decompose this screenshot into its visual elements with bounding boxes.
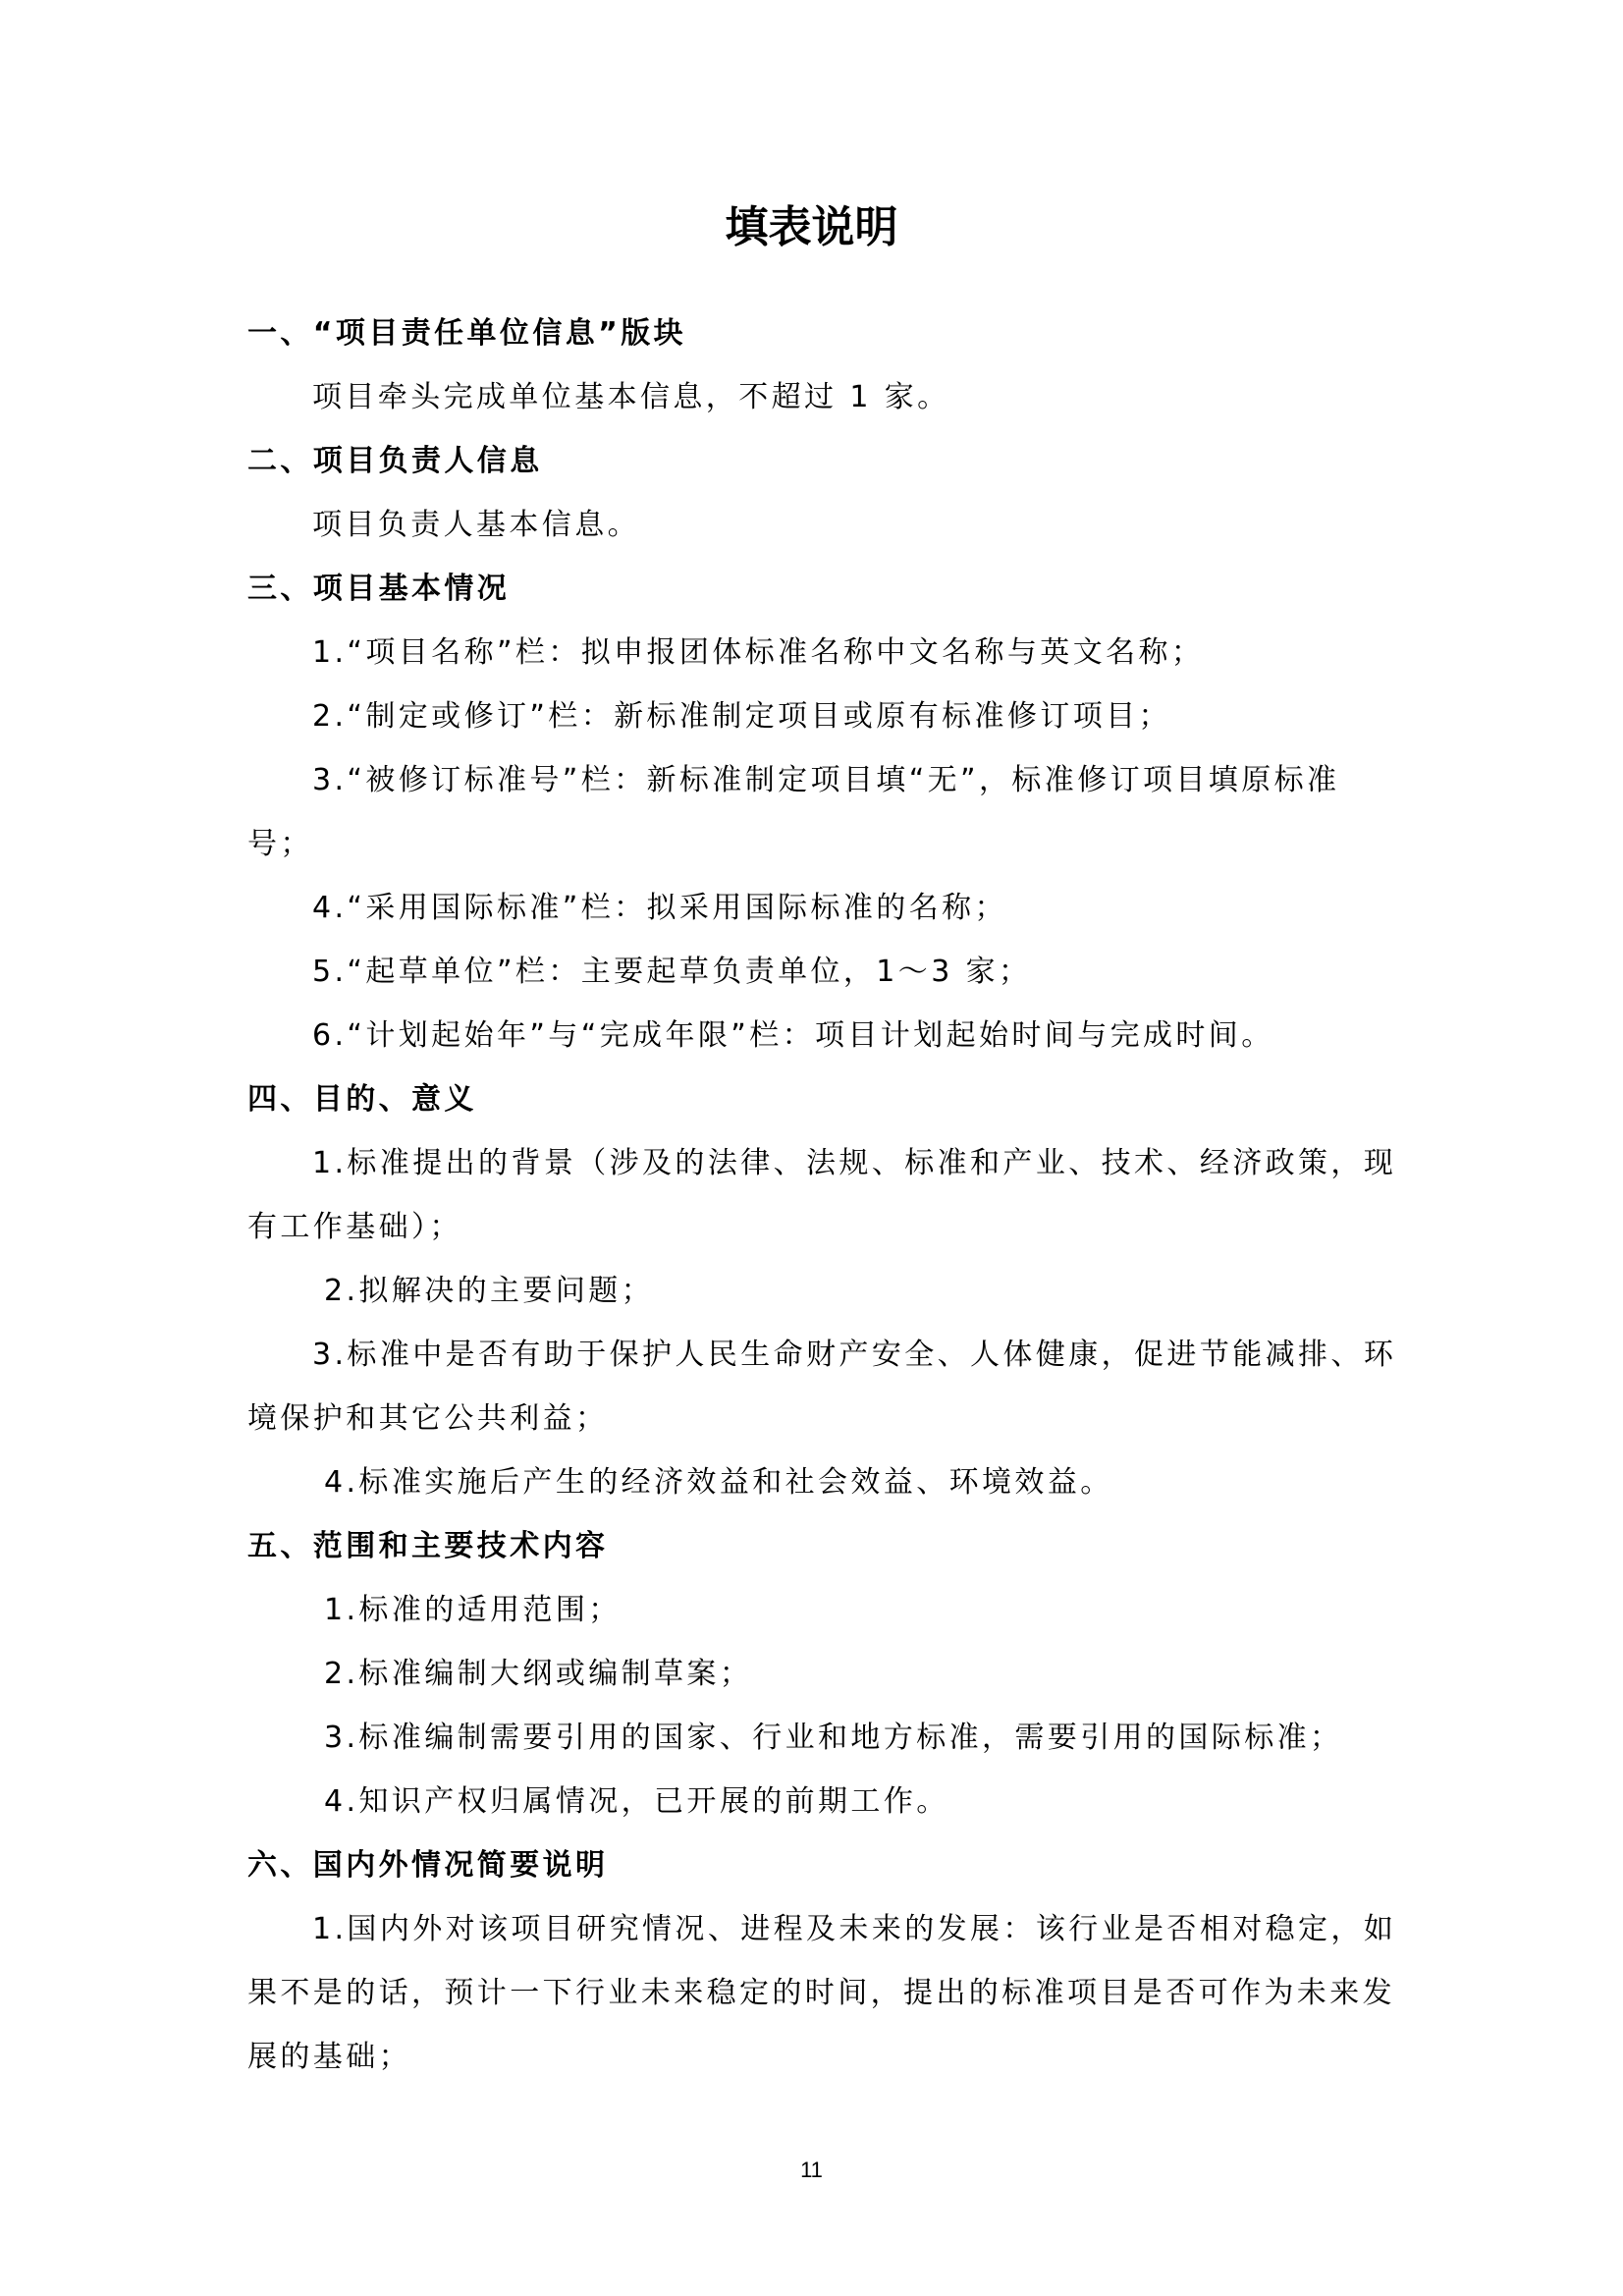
document-page: 填表说明 一、“项目责任单位信息”版块 项目牵头完成单位基本信息，不超过 1 家… — [0, 0, 1623, 2296]
paragraph-line: 1.“项目名称”栏：拟申报团体标准名称中文名称与英文名称； — [312, 633, 1451, 673]
paragraph-line: 项目牵头完成单位基本信息，不超过 1 家。 — [312, 378, 1451, 417]
section-heading-2: 二、项目负责人信息 — [247, 442, 1386, 481]
paragraph-line: 4.知识产权归属情况，已开展的前期工作。 — [324, 1782, 1463, 1822]
section-heading-3: 三、项目基本情况 — [247, 570, 1386, 609]
paragraph-line: 1.国内外对该项目研究情况、进程及未来的发展：该行业是否相对稳定，如 — [312, 1910, 1451, 1949]
paragraph-line: 5.“起草单位”栏：主要起草负责单位，1～3 家； — [312, 953, 1451, 992]
paragraph-line: 3.标准编制需要引用的国家、行业和地方标准，需要引用的国际标准； — [324, 1719, 1463, 1758]
paragraph-line: 项目负责人基本信息。 — [312, 506, 1451, 545]
paragraph-line: 2.拟解决的主要问题； — [324, 1272, 1463, 1311]
page-title: 填表说明 — [0, 200, 1623, 255]
section-heading-1: 一、“项目责任单位信息”版块 — [247, 314, 1386, 354]
section-heading-5: 五、范围和主要技术内容 — [247, 1527, 1386, 1566]
paragraph-line: 4.标准实施后产生的经济效益和社会效益、环境效益。 — [324, 1463, 1463, 1503]
paragraph-line: 3.标准中是否有助于保护人民生命财产安全、人体健康，促进节能减排、环 — [312, 1336, 1451, 1375]
paragraph-line: 号； — [247, 825, 1386, 864]
paragraph-line: 2.“制定或修订”栏：新标准制定项目或原有标准修订项目； — [312, 697, 1451, 737]
paragraph-line: 6.“计划起始年”与“完成年限”栏：项目计划起始时间与完成时间。 — [312, 1016, 1451, 1056]
paragraph-line: 4.“采用国际标准”栏：拟采用国际标准的名称； — [312, 889, 1451, 928]
paragraph-line: 3.“被修订标准号”栏：新标准制定项目填“无”，标准修订项目填原标准 — [312, 761, 1451, 800]
page-number: 11 — [0, 2157, 1623, 2184]
section-heading-6: 六、国内外情况简要说明 — [247, 1846, 1386, 1886]
paragraph-line: 有工作基础）； — [247, 1208, 1386, 1247]
paragraph-line: 1.标准的适用范围； — [324, 1591, 1463, 1630]
section-heading-4: 四、目的、意义 — [247, 1080, 1386, 1120]
paragraph-line: 果不是的话，预计一下行业未来稳定的时间，提出的标准项目是否可作为未来发 — [247, 1974, 1386, 2013]
paragraph-line: 2.标准编制大纲或编制草案； — [324, 1655, 1463, 1694]
paragraph-line: 1.标准提出的背景（涉及的法律、法规、标准和产业、技术、经济政策，现 — [312, 1144, 1451, 1183]
paragraph-line: 境保护和其它公共利益； — [247, 1399, 1386, 1439]
paragraph-line: 展的基础； — [247, 2038, 1386, 2077]
